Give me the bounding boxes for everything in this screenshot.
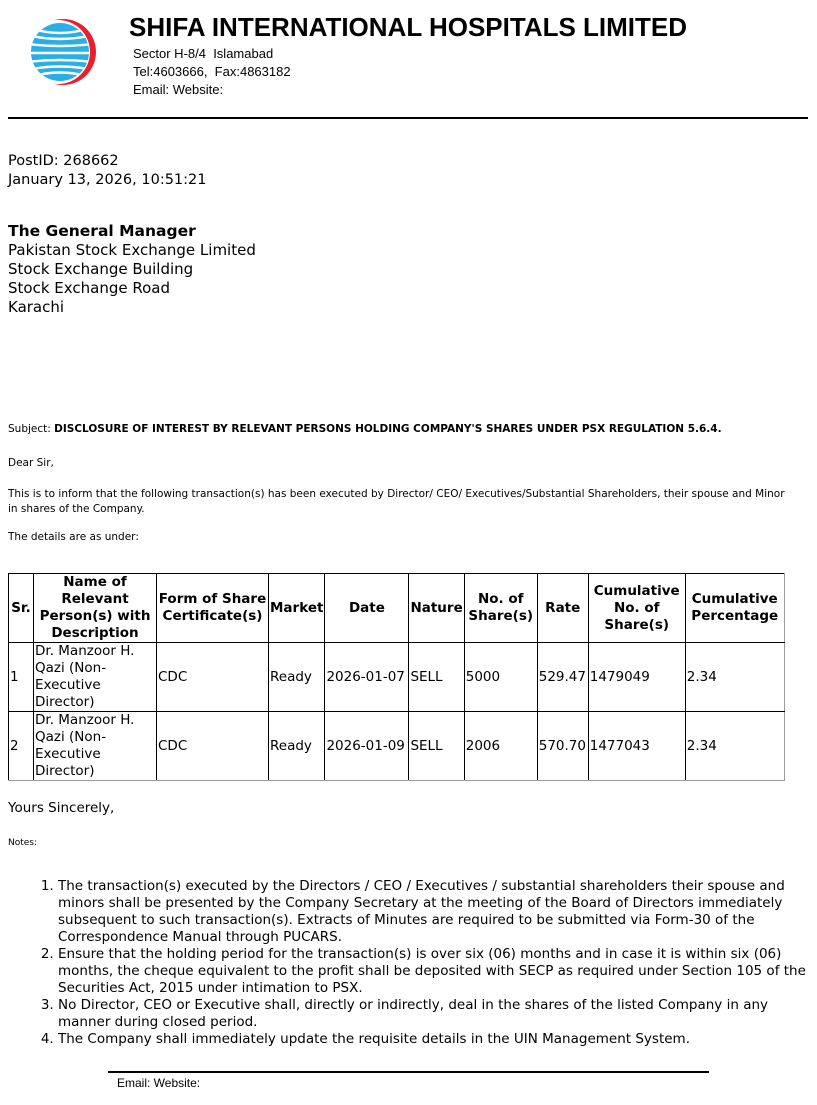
notes-list: The transaction(s) executed by the Direc… xyxy=(18,878,817,1048)
address-line: Sector H-8/4 Islamabad xyxy=(133,45,291,63)
note-item: The Company shall immediately update the… xyxy=(58,1031,817,1048)
cell-name: Dr. Manzoor H. Qazi (Non-Executive Direc… xyxy=(34,643,157,712)
cell-market: Ready xyxy=(269,712,325,781)
cell-cumulative-percentage: 2.34 xyxy=(685,643,784,712)
cell-sr: 2 xyxy=(9,712,34,781)
cell-rate: 570.70 xyxy=(537,712,588,781)
company-name: SHIFA INTERNATIONAL HOSPITALS LIMITED xyxy=(129,12,687,43)
header-nature: Nature xyxy=(409,574,464,643)
header-rate: Rate xyxy=(537,574,588,643)
company-address: Sector H-8/4 IslamabadTel:4603666, Fax:4… xyxy=(133,45,291,99)
cell-sr: 1 xyxy=(9,643,34,712)
addressee-line: Karachi xyxy=(8,298,256,317)
table-row: 1 Dr. Manzoor H. Qazi (Non-Executive Dir… xyxy=(9,643,785,712)
cell-nature: SELL xyxy=(409,643,464,712)
cell-cumulative-shares: 1479049 xyxy=(588,643,685,712)
email-line: Email: Website: xyxy=(133,81,291,99)
addressee-line: Stock Exchange Road xyxy=(8,279,256,298)
table-header-row: Sr. Name of Relevant Person(s) with Desc… xyxy=(9,574,785,643)
addressee-block: The General Manager Pakistan Stock Excha… xyxy=(8,222,256,317)
closing: Yours Sincerely, xyxy=(8,800,114,816)
cell-market: Ready xyxy=(269,643,325,712)
table-row: 2 Dr. Manzoor H. Qazi (Non-Executive Dir… xyxy=(9,712,785,781)
cell-rate: 529.47 xyxy=(537,643,588,712)
addressee-line: Pakistan Stock Exchange Limited xyxy=(8,241,256,260)
cell-name: Dr. Manzoor H. Qazi (Non-Executive Direc… xyxy=(34,712,157,781)
shifa-logo-icon xyxy=(27,17,97,87)
contact-line: Tel:4603666, Fax:4863182 xyxy=(133,63,291,81)
cell-form: CDC xyxy=(157,712,269,781)
cell-date: 2026-01-07 xyxy=(325,643,409,712)
subject-line: Subject: DISCLOSURE OF INTEREST BY RELEV… xyxy=(8,422,722,437)
details-intro: The details are as under: xyxy=(8,530,139,545)
cell-form: CDC xyxy=(157,643,269,712)
intro-paragraph: This is to inform that the following tra… xyxy=(8,487,788,517)
note-item: Ensure that the holding period for the t… xyxy=(58,946,817,997)
footer-text: Email: Website: xyxy=(117,1076,200,1090)
post-id: PostID: 268662 xyxy=(8,152,207,171)
salutation: Dear Sir, xyxy=(8,456,54,471)
notes-label: Notes: xyxy=(8,838,37,848)
header-shares: No. of Share(s) xyxy=(464,574,537,643)
subject-text: DISCLOSURE OF INTEREST BY RELEVANT PERSO… xyxy=(54,423,721,435)
cell-shares: 5000 xyxy=(464,643,537,712)
addressee-title: The General Manager xyxy=(8,222,256,241)
note-item: No Director, CEO or Executive shall, dir… xyxy=(58,997,817,1031)
cell-date: 2026-01-09 xyxy=(325,712,409,781)
header-name: Name of Relevant Person(s) with Descript… xyxy=(34,574,157,643)
post-timestamp: January 13, 2026, 10:51:21 xyxy=(8,171,207,190)
subject-label: Subject: xyxy=(8,423,51,435)
note-item: The transaction(s) executed by the Direc… xyxy=(58,878,817,946)
post-meta: PostID: 268662 January 13, 2026, 10:51:2… xyxy=(8,152,207,190)
header-market: Market xyxy=(269,574,325,643)
header-sr: Sr. xyxy=(9,574,34,643)
cell-shares: 2006 xyxy=(464,712,537,781)
cell-nature: SELL xyxy=(409,712,464,781)
cell-cumulative-percentage: 2.34 xyxy=(685,712,784,781)
disclosure-table: Sr. Name of Relevant Person(s) with Desc… xyxy=(8,573,785,781)
addressee-line: Stock Exchange Building xyxy=(8,260,256,279)
header-divider xyxy=(8,117,808,119)
header-date: Date xyxy=(325,574,409,643)
footer-divider xyxy=(108,1071,709,1073)
header-cumulative-shares: Cumulative No. of Share(s) xyxy=(588,574,685,643)
header-cumulative-percentage: Cumulative Percentage xyxy=(685,574,784,643)
cell-cumulative-shares: 1477043 xyxy=(588,712,685,781)
header-form: Form of Share Certificate(s) xyxy=(157,574,269,643)
